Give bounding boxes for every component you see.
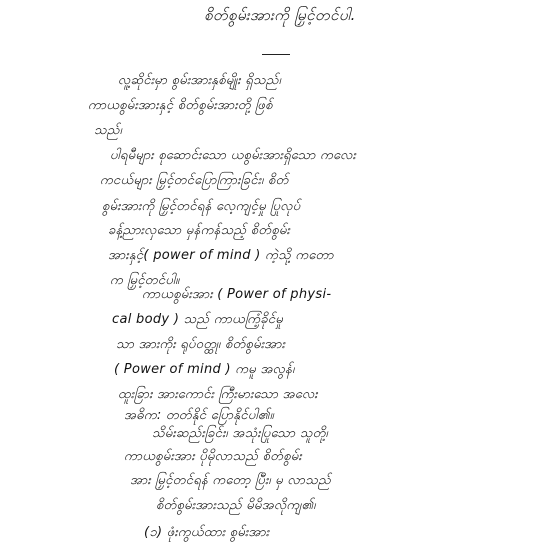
- manuscript-line: ကငယ်များ မြှင့်တင်ပြောကြားခြင်း၊ စိတ်: [100, 172, 289, 191]
- handwritten-page: စိတ်စွမ်းအားကို မြှင့်တင်ပါ. လူ့ဆိုင်းမှ…: [0, 0, 560, 560]
- page-title: စိတ်စွမ်းအားကို မြှင့်တင်ပါ.: [0, 6, 560, 28]
- manuscript-line: အား မြှင့်တင်ရန် ကတော့ ပြီး၊ မှ လာသည်: [130, 472, 331, 491]
- manuscript-line: cal body ) သည် ကာယကြံ့ခိုင်မှု: [112, 311, 283, 330]
- manuscript-line: အားနှင့်( power of mind ) ကဲ့သို့ ကတော: [108, 247, 334, 266]
- manuscript-line: ခန့်ညားလှသော မှန်ကန်သည့် စိတ်စွမ်း: [108, 222, 290, 241]
- manuscript-line: ကာယစွမ်းအား ပိုမိုလာသည် စိတ်စွမ်း: [124, 448, 302, 467]
- manuscript-line: ကာယစွမ်းအားနှင့် စိတ်စွမ်းအားတို့ ဖြစ်: [88, 97, 273, 116]
- manuscript-line: စိတ်စွမ်းအားသည် မိမိအလိုကျ၏၊: [156, 497, 316, 516]
- manuscript-line: သိမ်းဆည်းခြင်း၊ အသုံးပြုသော သူတို့၊: [152, 425, 328, 444]
- manuscript-line: ပါရမီများ စုဆောင်းသော ယစွမ်းအားရှိသော ကလ…: [110, 147, 356, 166]
- manuscript-line: ကာယစွမ်းအား ( Power of physi-: [142, 286, 331, 305]
- manuscript-line: သည်၊: [94, 122, 122, 141]
- manuscript-line: စွမ်းအားကို မြှင့်တင်ရန် လေ့ကျင့်မှု ပြု…: [102, 198, 300, 217]
- manuscript-line: သာ အားကိုး ရုပ်ဝတ္ထု၊ စိတ်စွမ်းအား: [116, 336, 285, 355]
- manuscript-line: အဓိက: တတ်နိုင် ပြောနိုင်ပါ၏။: [124, 407, 274, 426]
- manuscript-line: (၁) ဖုံးကွယ်ထား စွမ်းအား: [144, 524, 269, 543]
- manuscript-line: လူ့ဆိုင်းမှာ စွမ်းအားနှစ်မျိုး ရှိသည်၊: [118, 72, 281, 91]
- manuscript-line: ထူးခြား အားကောင်း ကြီးမားသော အလေး: [118, 386, 318, 405]
- title-underline: [262, 54, 290, 55]
- manuscript-line: ( Power of mind ) ကမူ အလွန်၊: [114, 361, 295, 380]
